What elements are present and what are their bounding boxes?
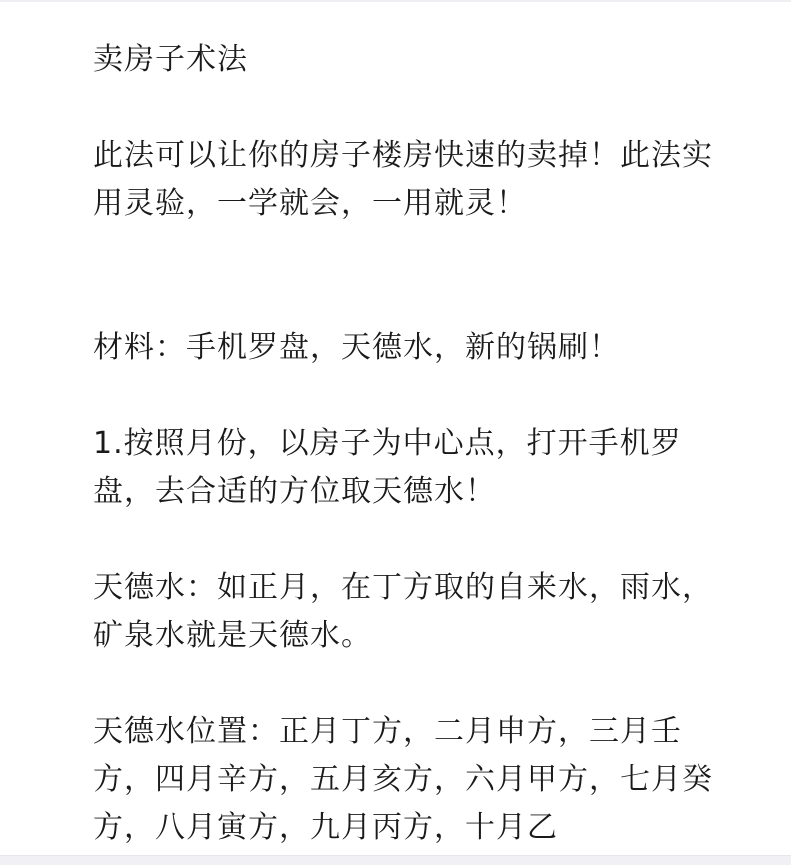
document-body: 卖房子术法 此法可以让你的房子楼房快速的卖掉！此法实用灵验，一学就会，一用就灵！… xyxy=(93,36,713,852)
top-edge xyxy=(0,0,791,2)
paragraph-tiande-water: 天德水：如正月，在丁方取的自来水，雨水，矿泉水就是天德水。 xyxy=(93,564,713,660)
paragraph-tiande-positions: 天德水位置：正月丁方，二月申方，三月壬方，四月辛方，五月亥方，六月甲方，七月癸方… xyxy=(93,708,713,852)
paragraph-intro: 此法可以让你的房子楼房快速的卖掉！此法实用灵验，一学就会，一用就灵！ xyxy=(93,132,713,228)
paragraph-materials: 材料：手机罗盘，天德水，新的锅刷！ xyxy=(93,324,713,372)
document-title: 卖房子术法 xyxy=(93,36,713,84)
bottom-toolbar xyxy=(0,855,791,865)
paragraph-step-1: 1.按照月份，以房子为中心点，打开手机罗盘，去合适的方位取天德水！ xyxy=(93,420,713,516)
